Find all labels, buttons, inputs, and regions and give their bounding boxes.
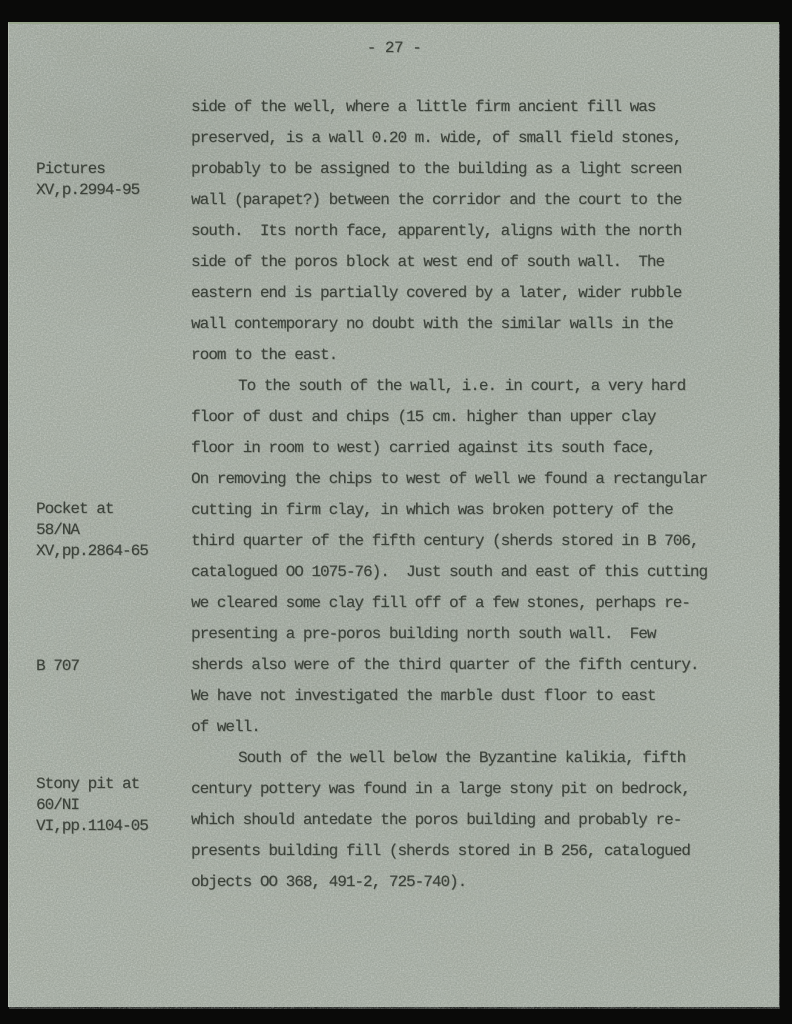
margin-note-line: Pictures — [36, 159, 139, 180]
text-line: preserved, is a wall 0.20 m. wide, of sm… — [191, 123, 751, 154]
text-line: objects OO 368, 491-2, 725-740). — [191, 867, 751, 898]
margin-note-pictures: Pictures XV,p.2994-95 — [36, 159, 139, 201]
text-line: of well. — [191, 712, 751, 743]
text-line: third quarter of the fifth century (sher… — [191, 526, 751, 557]
scan-background: - 27 - Pictures XV,p.2994-95 Pocket at 5… — [0, 0, 792, 1024]
text-line: south. Its north face, apparently, align… — [191, 216, 751, 247]
text-line: we cleared some clay fill off of a few s… — [191, 588, 751, 619]
text-line: which should antedate the poros building… — [191, 805, 751, 836]
margin-note-line: B 707 — [36, 656, 79, 677]
text-line: presenting a pre-poros building north so… — [191, 619, 751, 650]
text-line: South of the well below the Byzantine ka… — [191, 743, 751, 774]
margin-note-line: 58/NA — [36, 520, 148, 541]
margin-note-line: Stony pit at — [36, 774, 148, 795]
text-line: floor in room to west) carried against i… — [191, 433, 751, 464]
text-line: We have not investigated the marble dust… — [191, 681, 751, 712]
text-line: To the south of the wall, i.e. in court,… — [191, 371, 751, 402]
text-line: presents building fill (sherds stored in… — [191, 836, 751, 867]
margin-note-line: 60/NI — [36, 795, 148, 816]
margin-note-line: XV,p.2994-95 — [36, 180, 139, 201]
text-line: wall contemporary no doubt with the simi… — [191, 309, 751, 340]
margin-note-stony-pit: Stony pit at 60/NI VI,pp.1104-05 — [36, 774, 148, 837]
text-line: floor of dust and chips (15 cm. higher t… — [191, 402, 751, 433]
document-page: - 27 - Pictures XV,p.2994-95 Pocket at 5… — [8, 22, 779, 1007]
text-line: catalogued OO 1075-76). Just south and e… — [191, 557, 751, 588]
text-line: On removing the chips to west of well we… — [191, 464, 751, 495]
text-line: side of the poros block at west end of s… — [191, 247, 751, 278]
text-line: side of the well, where a little firm an… — [191, 92, 751, 123]
margin-note-line: VI,pp.1104-05 — [36, 816, 148, 837]
margin-note-line: Pocket at — [36, 499, 148, 520]
text-line: eastern end is partially covered by a la… — [191, 278, 751, 309]
text-line: century pottery was found in a large sto… — [191, 774, 751, 805]
body-text: side of the well, where a little firm an… — [191, 92, 751, 898]
margin-notes: Pictures XV,p.2994-95 Pocket at 58/NA XV… — [36, 24, 201, 1007]
text-line: sherds also were of the third quarter of… — [191, 650, 751, 681]
margin-note-line: XV,pp.2864-65 — [36, 541, 148, 562]
text-line: probably to be assigned to the building … — [191, 154, 751, 185]
text-line: room to the east. — [191, 340, 751, 371]
text-line: cutting in firm clay, in which was broke… — [191, 495, 751, 526]
margin-note-pocket: Pocket at 58/NA XV,pp.2864-65 — [36, 499, 148, 562]
text-line: wall (parapet?) between the corridor and… — [191, 185, 751, 216]
margin-note-basket: B 707 — [36, 656, 79, 677]
